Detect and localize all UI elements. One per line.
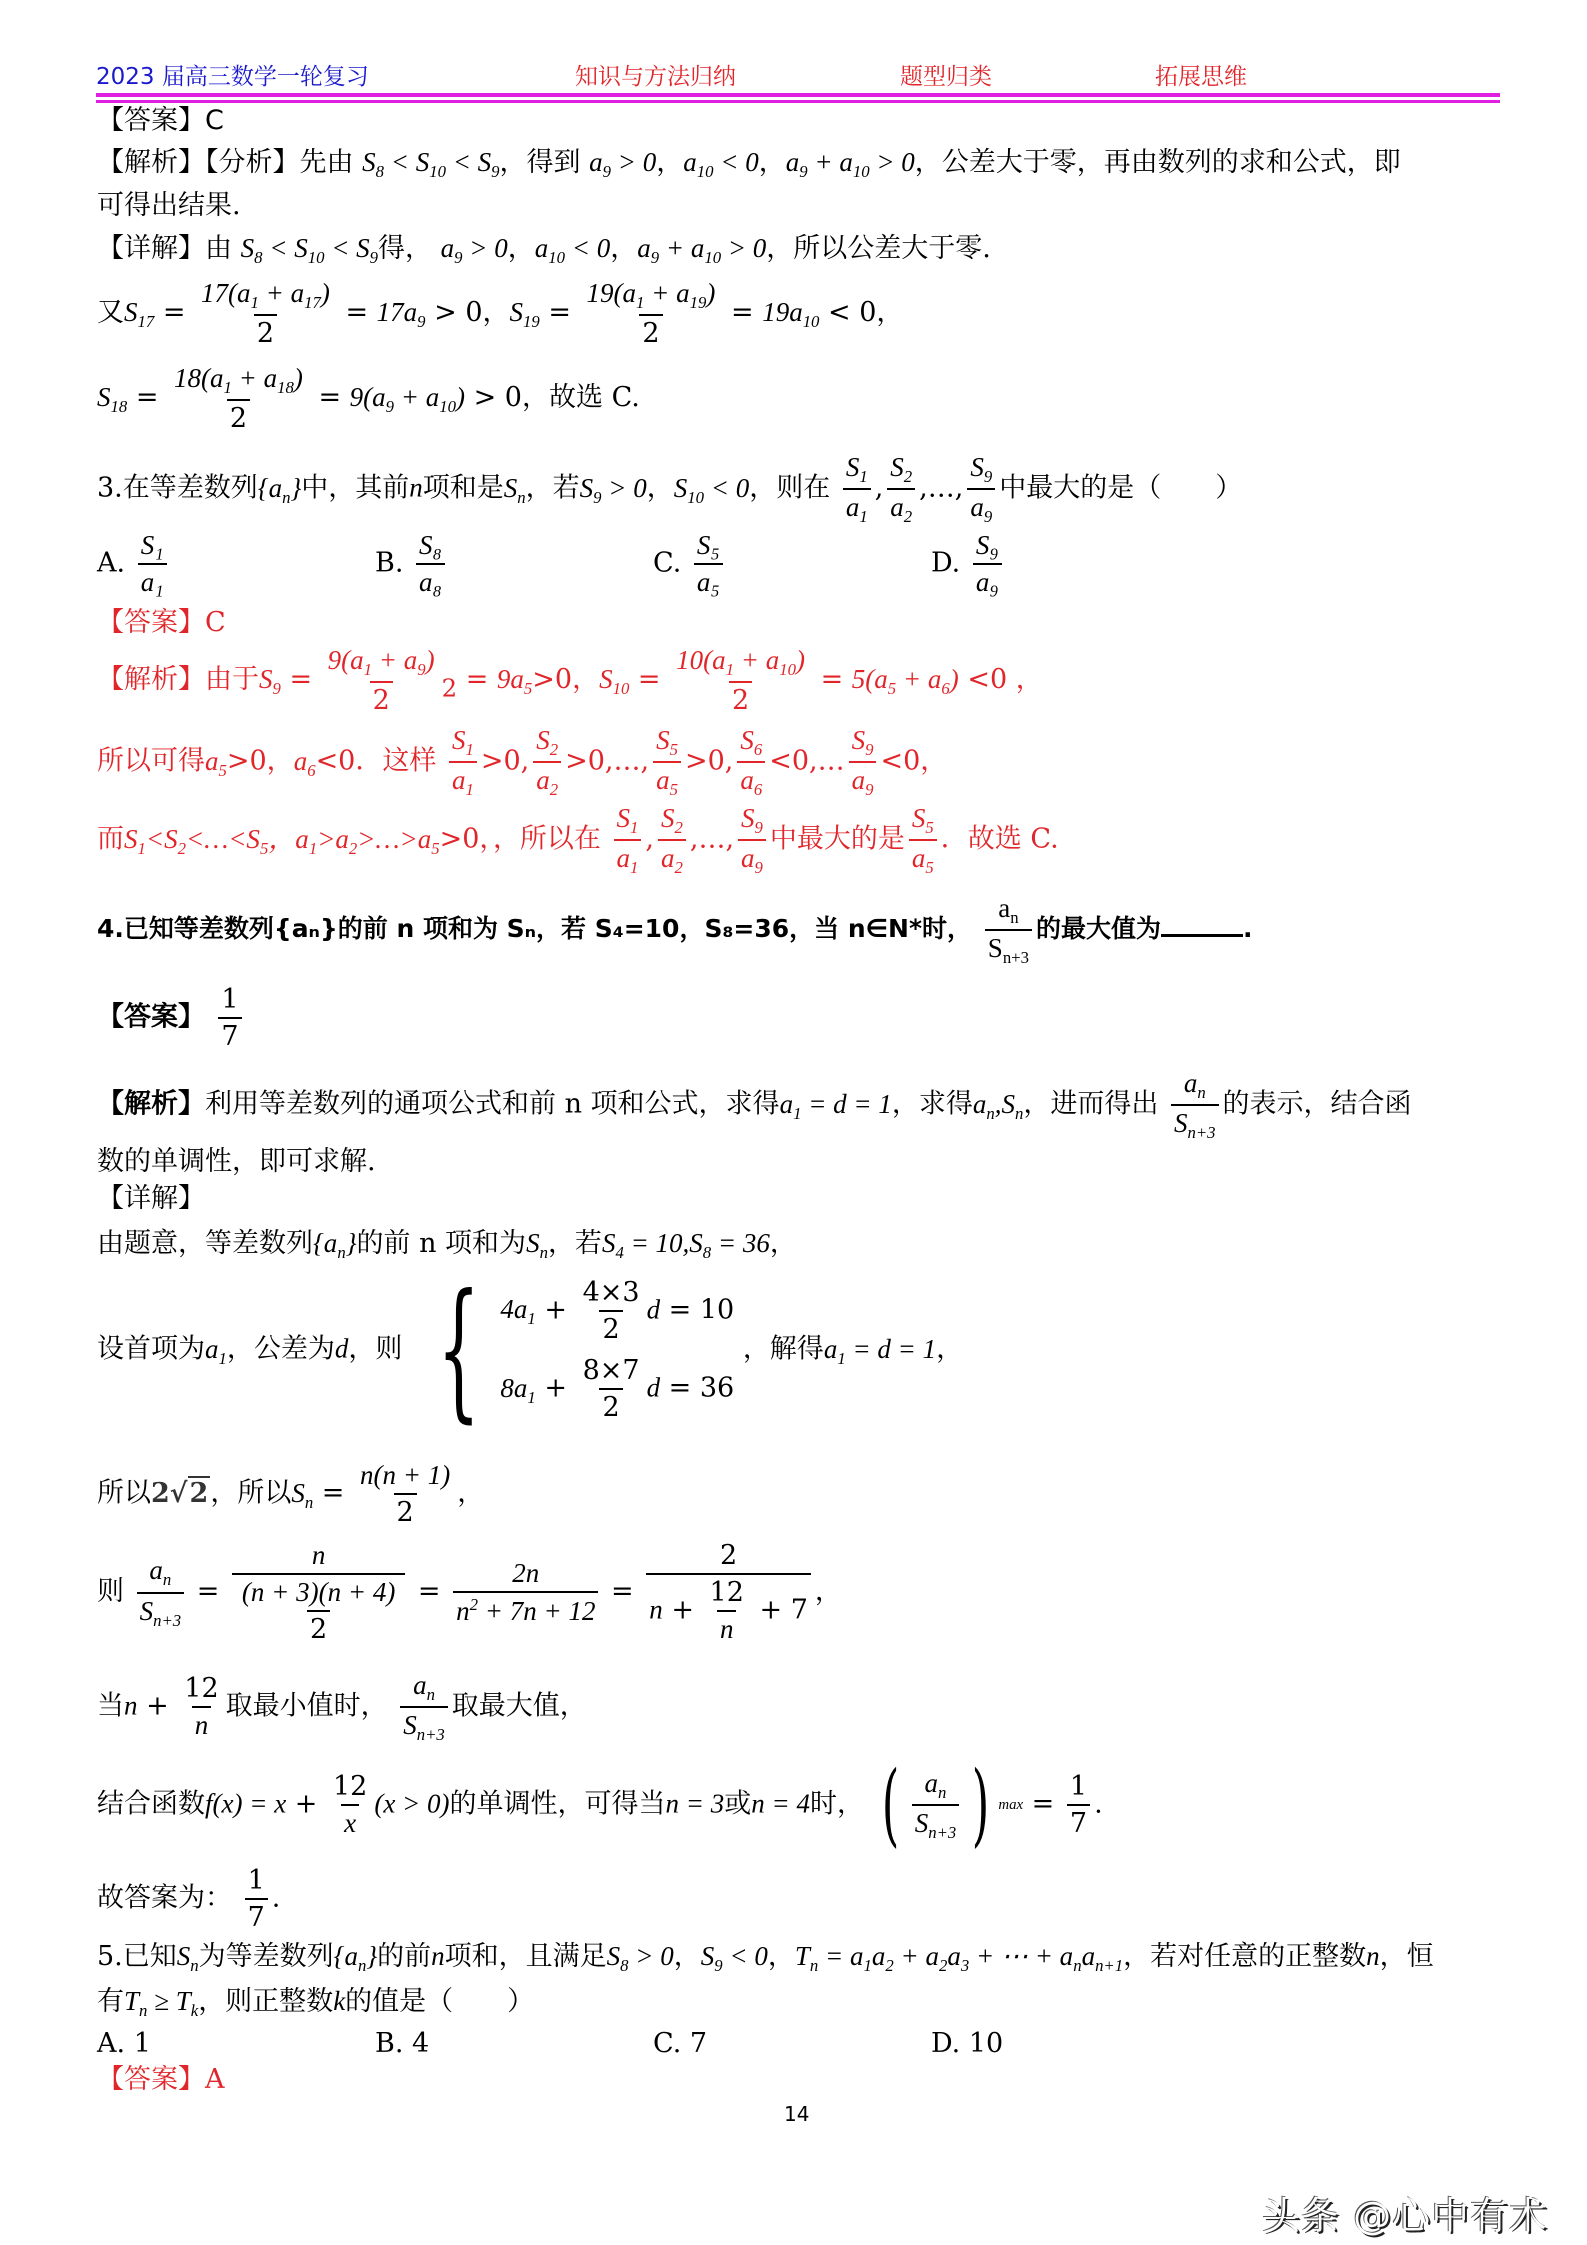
- problem5-answer: 【答案】A: [97, 2066, 225, 2093]
- watermark: 头条 @心中有术: [1262, 2185, 1548, 2240]
- problem3-answer: 【答案】C: [97, 609, 226, 636]
- problem3-option-a[interactable]: A. S₁a₁: [97, 530, 171, 598]
- problem5-option-a[interactable]: A. 1: [97, 2030, 151, 2057]
- problem3-analysis-line1: 【解析】由于S9 = 9(a1 + a9)22 = 9a5>0，S10 = 10…: [97, 645, 1043, 716]
- problem3-analysis-line2: 所以可得a5>0，a6<0．这样 S1a1>0,S2a2>0,…,S5a5>0,…: [97, 725, 947, 799]
- problem5-stem-cont: 有Tn ≥ Tk，则正整数k的值是（ ）: [97, 1988, 534, 2020]
- problem4-detail-line6: 结合函数f(x) = x + 12x(x > 0)的单调性，可得当n = 3或n…: [97, 1760, 1103, 1850]
- prev-answer: 【答案】C: [97, 107, 224, 134]
- problem4-stem: 4.已知等差数列{aₙ}的前 n 项和为 Sₙ，若 S₄=10，S₈=36，当 …: [97, 893, 1253, 967]
- prev-detail-s18: S18 = 18(a1 + a18)2 = 9(a9 + a10) > 0，故选…: [97, 363, 640, 434]
- problem4-detail-line1: 由题意，等差数列{an}的前 n 项和为Sn，若S4 = 10,S8 = 36，: [97, 1230, 797, 1262]
- problem4-analysis: 【解析】利用等差数列的通项公式和前 n 项和公式，求得a1 = d = 1，求得…: [97, 1068, 1412, 1142]
- problem4-detail-line5: 当n + 12n取最小值时， anSn+3取最大值，: [97, 1670, 587, 1744]
- equation-system: { 4a1 + 4×32d = 10 8a1 + 8×72d = 36: [411, 1275, 734, 1425]
- header-section-thinking: 拓展思维: [1155, 58, 1247, 91]
- problem4-answer: 【答案】 17: [97, 984, 246, 1052]
- problem4-detail-line2: 设首项为a1，公差为d，则 { 4a1 + 4×32d = 10 8a1 + 8…: [97, 1275, 963, 1425]
- problem4-detail-label: 【详解】: [97, 1185, 205, 1212]
- prev-detail-s17: 又S17 = 17(a1 + a17)2 = 17a9 > 0，S19 = 19…: [97, 278, 903, 349]
- header-rule-top: [96, 93, 1500, 97]
- problem4-detail-line4: 则 anSn+3 = n(n + 3)(n + 4)2 = 2nn2 + 7n …: [97, 1540, 842, 1645]
- prev-detail: 【详解】由 S8 < S10 < S9得， a9 > 0，a10 < 0，a9 …: [97, 235, 991, 267]
- problem5-option-b[interactable]: B. 4: [375, 2030, 429, 2057]
- problem3-option-d[interactable]: D. S₉a₉: [931, 530, 1006, 598]
- answer-blank: [1161, 910, 1243, 937]
- header-rule-bottom: [96, 100, 1500, 103]
- problem4-conclusion: 故答案为： 17.: [97, 1865, 280, 1933]
- problem3-analysis-line3: 而S1<S2<…<S5，a1>a2>…>a5>0，，所以在 S1a1,S2a2,…: [97, 803, 1059, 877]
- problem5-option-c[interactable]: C. 7: [653, 2030, 707, 2057]
- header-section-types: 题型归类: [900, 58, 992, 91]
- page-number: 14: [784, 2102, 809, 2126]
- problem4-analysis-cont: 数的单调性，即可求解.: [97, 1148, 376, 1175]
- problem3-stem: 3.在等差数列{an}中，其前n项和是Sn，若S9 > 0，S10 < 0，则在…: [97, 452, 1242, 526]
- prev-analysis: 【解析】【分析】先由 S8 < S10 < S9，得到 a9 > 0，a10 <…: [97, 149, 1401, 181]
- prev-analysis-cont: 可得出结果.: [97, 192, 241, 219]
- problem5-stem: 5.已知Sn为等差数列{an}的前n项和，且满足S8 > 0，S9 < 0，Tn…: [97, 1943, 1434, 1975]
- problem5-option-d[interactable]: D. 10: [931, 2030, 1003, 2057]
- problem3-option-b[interactable]: B. S₈a₈: [375, 530, 449, 598]
- header-section-knowledge: 知识与方法归纳: [575, 58, 736, 91]
- problem4-detail-line3: 所以2√2，所以Sn = n(n + 1)2，: [97, 1460, 484, 1528]
- sqrt-expression: 2√2: [151, 1480, 210, 1507]
- problem3-option-c[interactable]: C. S₅a₅: [653, 530, 727, 598]
- header-title: 2023 届高三数学一轮复习: [96, 58, 369, 91]
